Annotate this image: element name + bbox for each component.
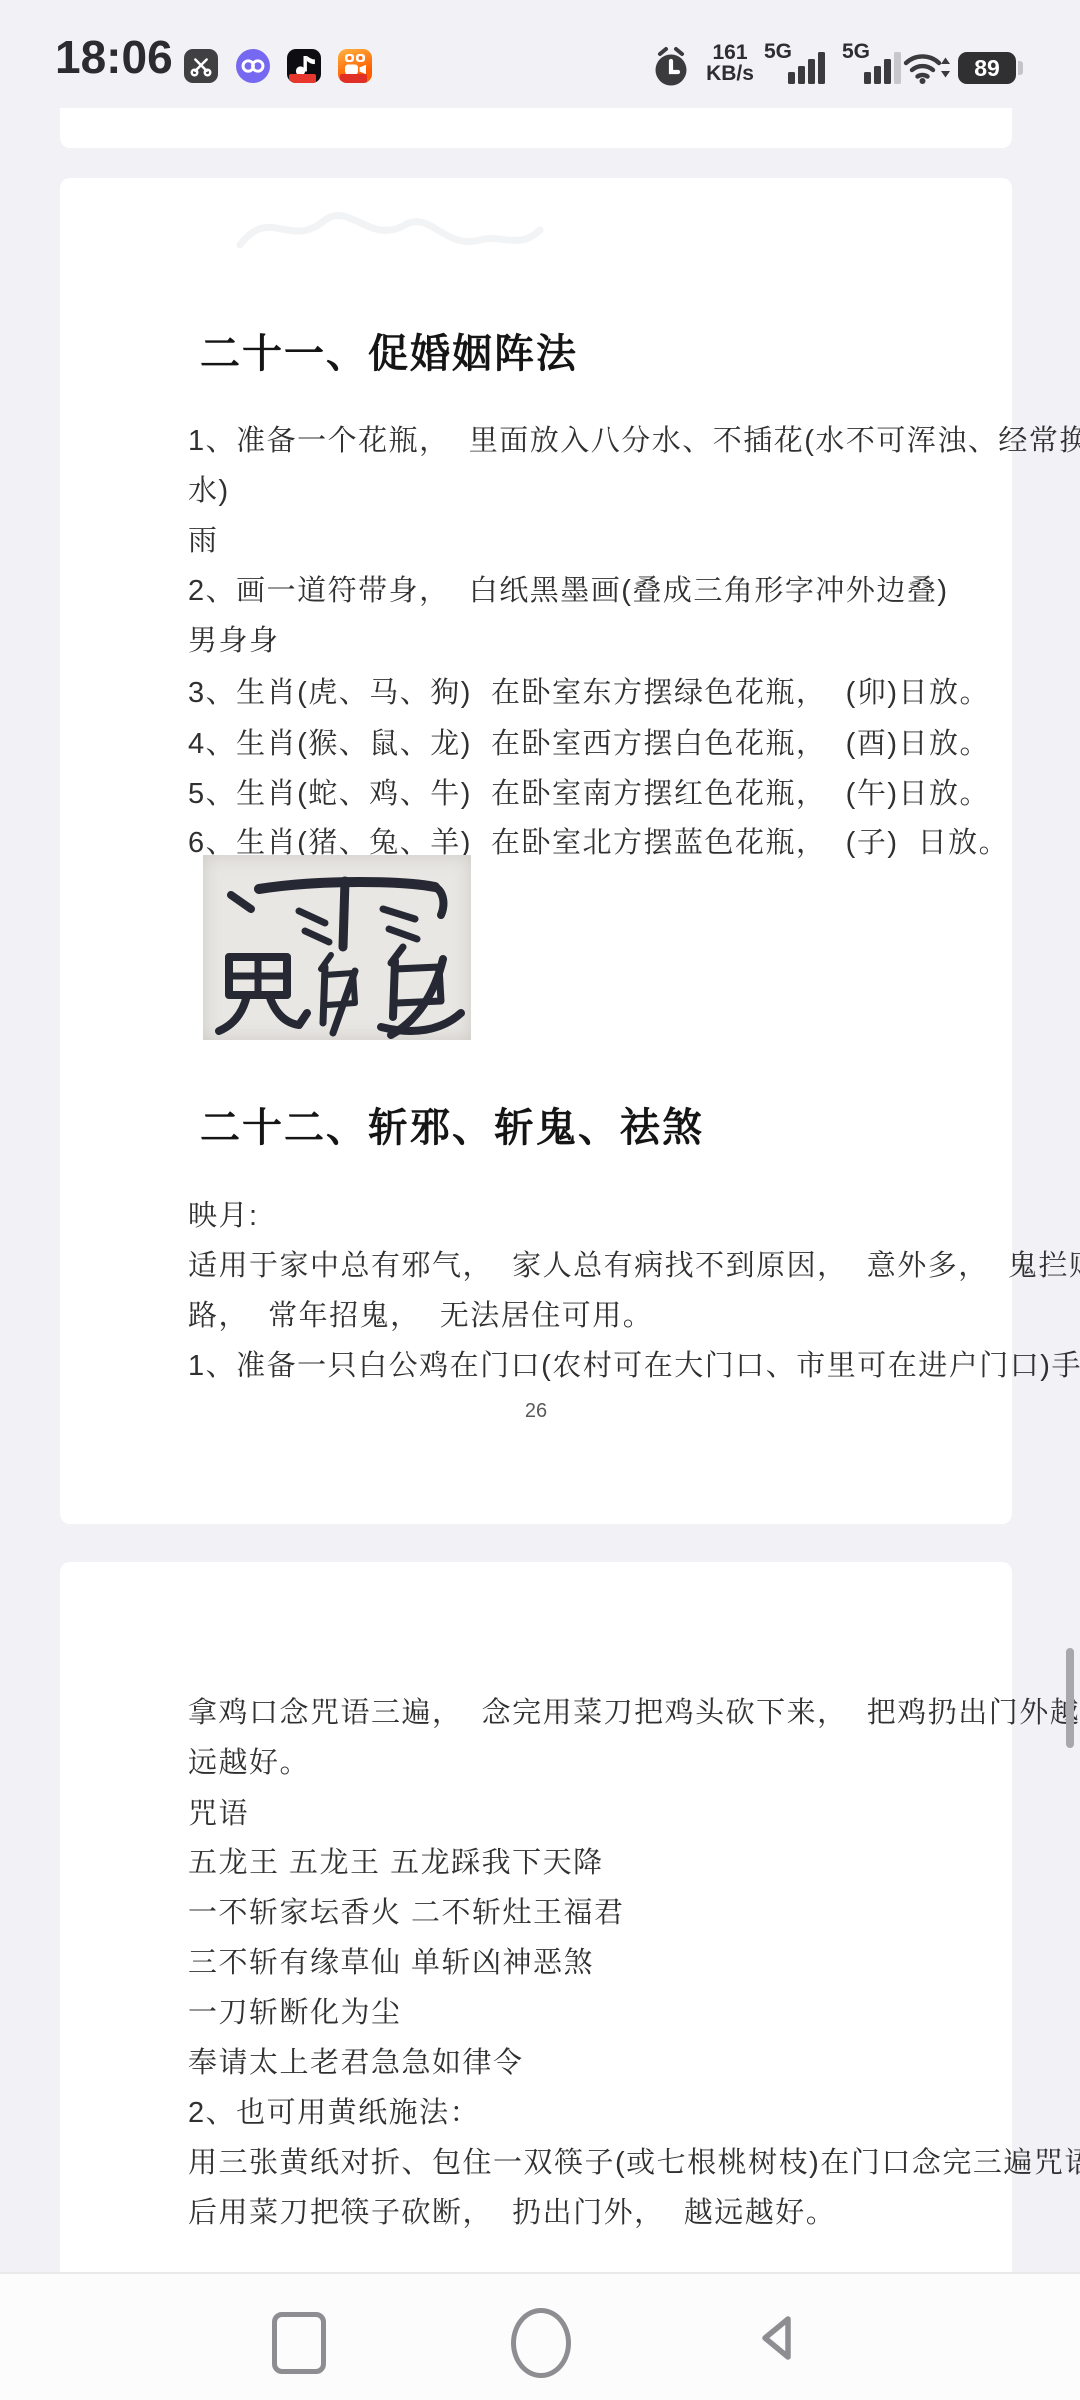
doc-line: 映月: [188, 1193, 259, 1234]
talisman-image [203, 855, 471, 1040]
section-heading-21: 二十一、促婚姻阵法 [200, 322, 578, 379]
doc-line: 一不斩家坛香火 二不斩灶王福君 [188, 1890, 625, 1931]
doc-line: 五龙王 五龙王 五龙踩我下天降 [188, 1840, 604, 1881]
page-number: 26 [60, 1400, 1012, 1423]
clip-app-icon [184, 49, 218, 83]
doc-line: 2、也可用黄纸施法： [188, 2090, 480, 2131]
scissors-icon [188, 53, 214, 79]
talisman-ink-strokes [203, 855, 471, 1040]
doc-line: 咒语 [188, 1791, 249, 1832]
home-button[interactable] [511, 2308, 571, 2378]
clock-time: 18:06 [55, 30, 173, 84]
sim2-signal-bars-icon [864, 52, 904, 84]
soul-app-icon [236, 49, 270, 83]
network-speed: 161 KB/s [700, 42, 760, 84]
recents-button[interactable] [272, 2312, 326, 2374]
document-page-27: 拿鸡口念咒语三遍， 念完用菜刀把鸡头砍下来， 把鸡扔出门外越 远越好。 咒语 五… [60, 1562, 1012, 2272]
doc-line: 一刀斩断化为尘 [188, 1990, 402, 2031]
doc-line: 拿鸡口念咒语三遍， 念完用菜刀把鸡头砍下来， 把鸡扔出门外越 [188, 1690, 1080, 1731]
scrollbar-thumb[interactable] [1066, 1648, 1074, 1748]
wifi-icon [903, 50, 951, 86]
doc-line: 5、生肖(蛇、鸡、牛) 在卧室南方摆红色花瓶， (午)日放。 [188, 771, 990, 812]
doc-line: 水) [188, 468, 230, 509]
back-triangle-icon [765, 2319, 788, 2357]
previous-page-bottom [60, 108, 1012, 148]
sim1-signal-bars-icon [788, 52, 828, 84]
alarm-clock-icon [652, 46, 690, 88]
document-page-26: 二十一、促婚姻阵法 1、准备一个花瓶， 里面放入八分水、不插花(水不可浑浊、经常… [60, 178, 1012, 1524]
doc-line: 雨 [188, 518, 219, 559]
doc-line: 1、准备一个花瓶， 里面放入八分水、不插花(水不可浑浊、经常换 [188, 418, 1080, 459]
doc-line: 2、画一道符带身， 白纸黑墨画(叠成三角形字冲外边叠) [188, 568, 949, 609]
faint-watermark [230, 190, 550, 270]
battery-icon: 89 [958, 52, 1016, 84]
doc-line: 远越好。 [188, 1740, 310, 1781]
network-speed-unit: KB/s [700, 63, 760, 84]
infinity-icon [240, 57, 266, 75]
phone-screen: 18:06 [0, 0, 1080, 2400]
doc-line: 路， 常年招鬼， 无法居住可用。 [188, 1293, 653, 1334]
doc-line: 奉请太上老君急急如律令 [188, 2040, 524, 2081]
douyin-badge [289, 74, 316, 83]
navigation-bar [0, 2272, 1080, 2400]
doc-line: 适用于家中总有邪气， 家人总有病找不到原因， 意外多， 鬼拦财 [188, 1243, 1080, 1284]
doc-line: 男身身 [188, 618, 280, 659]
kuaishou-badge [340, 74, 367, 83]
battery-level: 89 [974, 55, 1000, 82]
status-bar: 18:06 [0, 0, 1080, 108]
doc-line: 用三张黄纸对折、包住一双筷子(或七根桃树枝)在门口念完三遍咒语 [188, 2140, 1080, 2181]
doc-line: 后用菜刀把筷子砍断， 扔出门外， 越远越好。 [188, 2190, 836, 2231]
douyin-app-icon [287, 49, 321, 83]
section-heading-22: 二十二、斩邪、斩鬼、祛煞 [200, 1096, 704, 1153]
doc-line: 1、准备一只白公鸡在门口(农村可在大门口、市里可在进户门口)手 [188, 1343, 1080, 1384]
kuaishou-app-icon [338, 49, 372, 83]
doc-line: 4、生肖(猴、鼠、龙) 在卧室西方摆白色花瓶， (酉)日放。 [188, 721, 990, 762]
doc-line: 三不斩有缘草仙 单斩凶神恶煞 [188, 1940, 594, 1981]
doc-line: 3、生肖(虎、马、狗) 在卧室东方摆绿色花瓶， (卯)日放。 [188, 670, 990, 711]
network-speed-value: 161 [700, 42, 760, 63]
back-button[interactable] [752, 2310, 808, 2366]
